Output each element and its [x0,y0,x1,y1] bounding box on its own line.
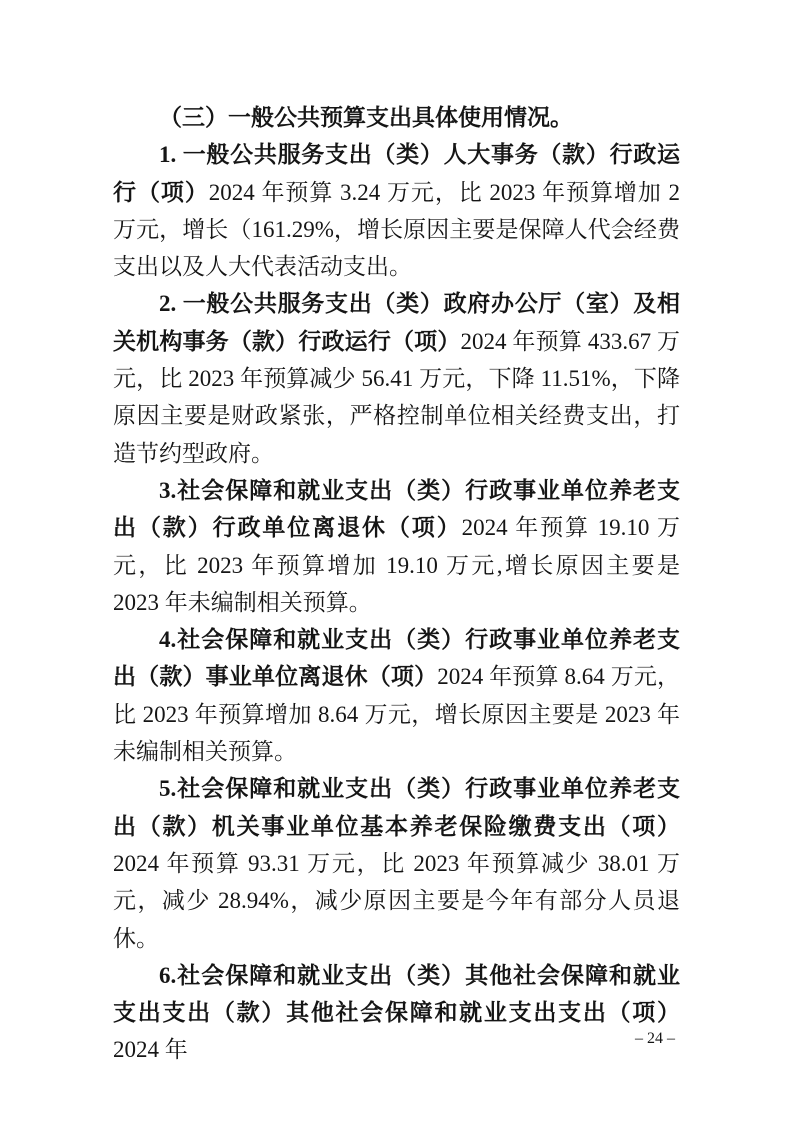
budget-paragraph: 3.社会保障和就业支出（类）行政事业单位养老支出（款）行政单位离退休（项）202… [113,472,680,621]
document-body: （三）一般公共预算支出具体使用情况。 1. 一般公共服务支出（类）人大事务（款）… [113,99,680,1069]
paragraph-body: 2024 年 [113,1037,188,1062]
budget-paragraph: 4.社会保障和就业支出（类）行政事业单位养老支出（款）事业单位离退休（项）202… [113,621,680,770]
budget-paragraph: 5.社会保障和就业支出（类）行政事业单位养老支出（款）机关事业单位基本养老保险缴… [113,770,680,956]
section-heading: （三）一般公共预算支出具体使用情况。 [113,99,680,136]
budget-paragraph: 1. 一般公共服务支出（类）人大事务（款）行政运行（项）2024 年预算 3.2… [113,136,680,285]
budget-paragraph: 6.社会保障和就业支出（类）其他社会保障和就业支出支出（款）其他社会保障和就业支… [113,957,680,1069]
paragraph-list: 1. 一般公共服务支出（类）人大事务（款）行政运行（项）2024 年预算 3.2… [113,136,680,1068]
paragraph-body: 2024 年预算 93.31 万元，比 2023 年预算减少 38.01 万元，… [113,851,680,951]
paragraph-lead: 6.社会保障和就业支出（类）其他社会保障和就业支出支出（款）其他社会保障和就业支… [113,963,680,1025]
document-page: （三）一般公共预算支出具体使用情况。 1. 一般公共服务支出（类）人大事务（款）… [0,0,793,1122]
paragraph-lead: 5.社会保障和就业支出（类）行政事业单位养老支出（款）机关事业单位基本养老保险缴… [113,776,680,838]
page-number: – 24 – [617,1029,693,1049]
budget-paragraph: 2. 一般公共服务支出（类）政府办公厅（室）及相关机构事务（款）行政运行（项）2… [113,285,680,471]
